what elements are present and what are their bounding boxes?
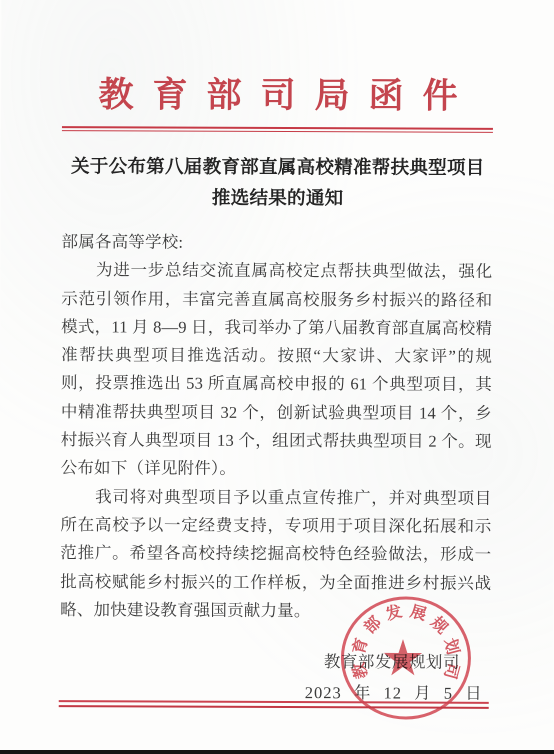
body-paragraph-1: 为进一步总结交流直属高校定点帮扶典型做法，强化示范引领作用，丰富完善直属高校服务…: [61, 256, 493, 484]
footer-rule-thick: [59, 705, 489, 709]
footer-rule: [59, 700, 489, 708]
document-title-line2: 推选结果的通知: [31, 183, 525, 216]
letter-body: 部属各高等学校: 为进一步总结交流直属高校定点帮扶典型做法，强化示范引领作用，丰…: [60, 228, 493, 626]
document-title-line1: 关于公布第八届教育部直属高校精准帮扶典型项目: [31, 152, 525, 185]
signature-date: 2023 年 12 月 5 日: [305, 679, 483, 704]
scan-content: 教育部司局函件 关于公布第八届教育部直属高校精准帮扶典型项目 推选结果的通知 部…: [0, 0, 554, 754]
body-paragraph-2: 我司将对典型项目予以重点宣传推广，并对典型项目所在高校予以一定经费支持，专项用于…: [60, 483, 492, 626]
footer-rule-thin: [59, 700, 489, 703]
scanned-official-letter-page: 教育部司局函件 关于公布第八届教育部直属高校精准帮扶典型项目 推选结果的通知 部…: [0, 0, 554, 754]
salutation: 部属各高等学校:: [61, 228, 492, 258]
letterhead-rule: [62, 126, 493, 133]
signature-department: 教育部发展规划司: [324, 648, 460, 673]
scan-edge-artifact: [0, 750, 554, 754]
letterhead-title: 教育部司局函件: [1, 67, 554, 119]
document-title: 关于公布第八届教育部直属高校精准帮扶典型项目 推选结果的通知: [31, 152, 525, 216]
